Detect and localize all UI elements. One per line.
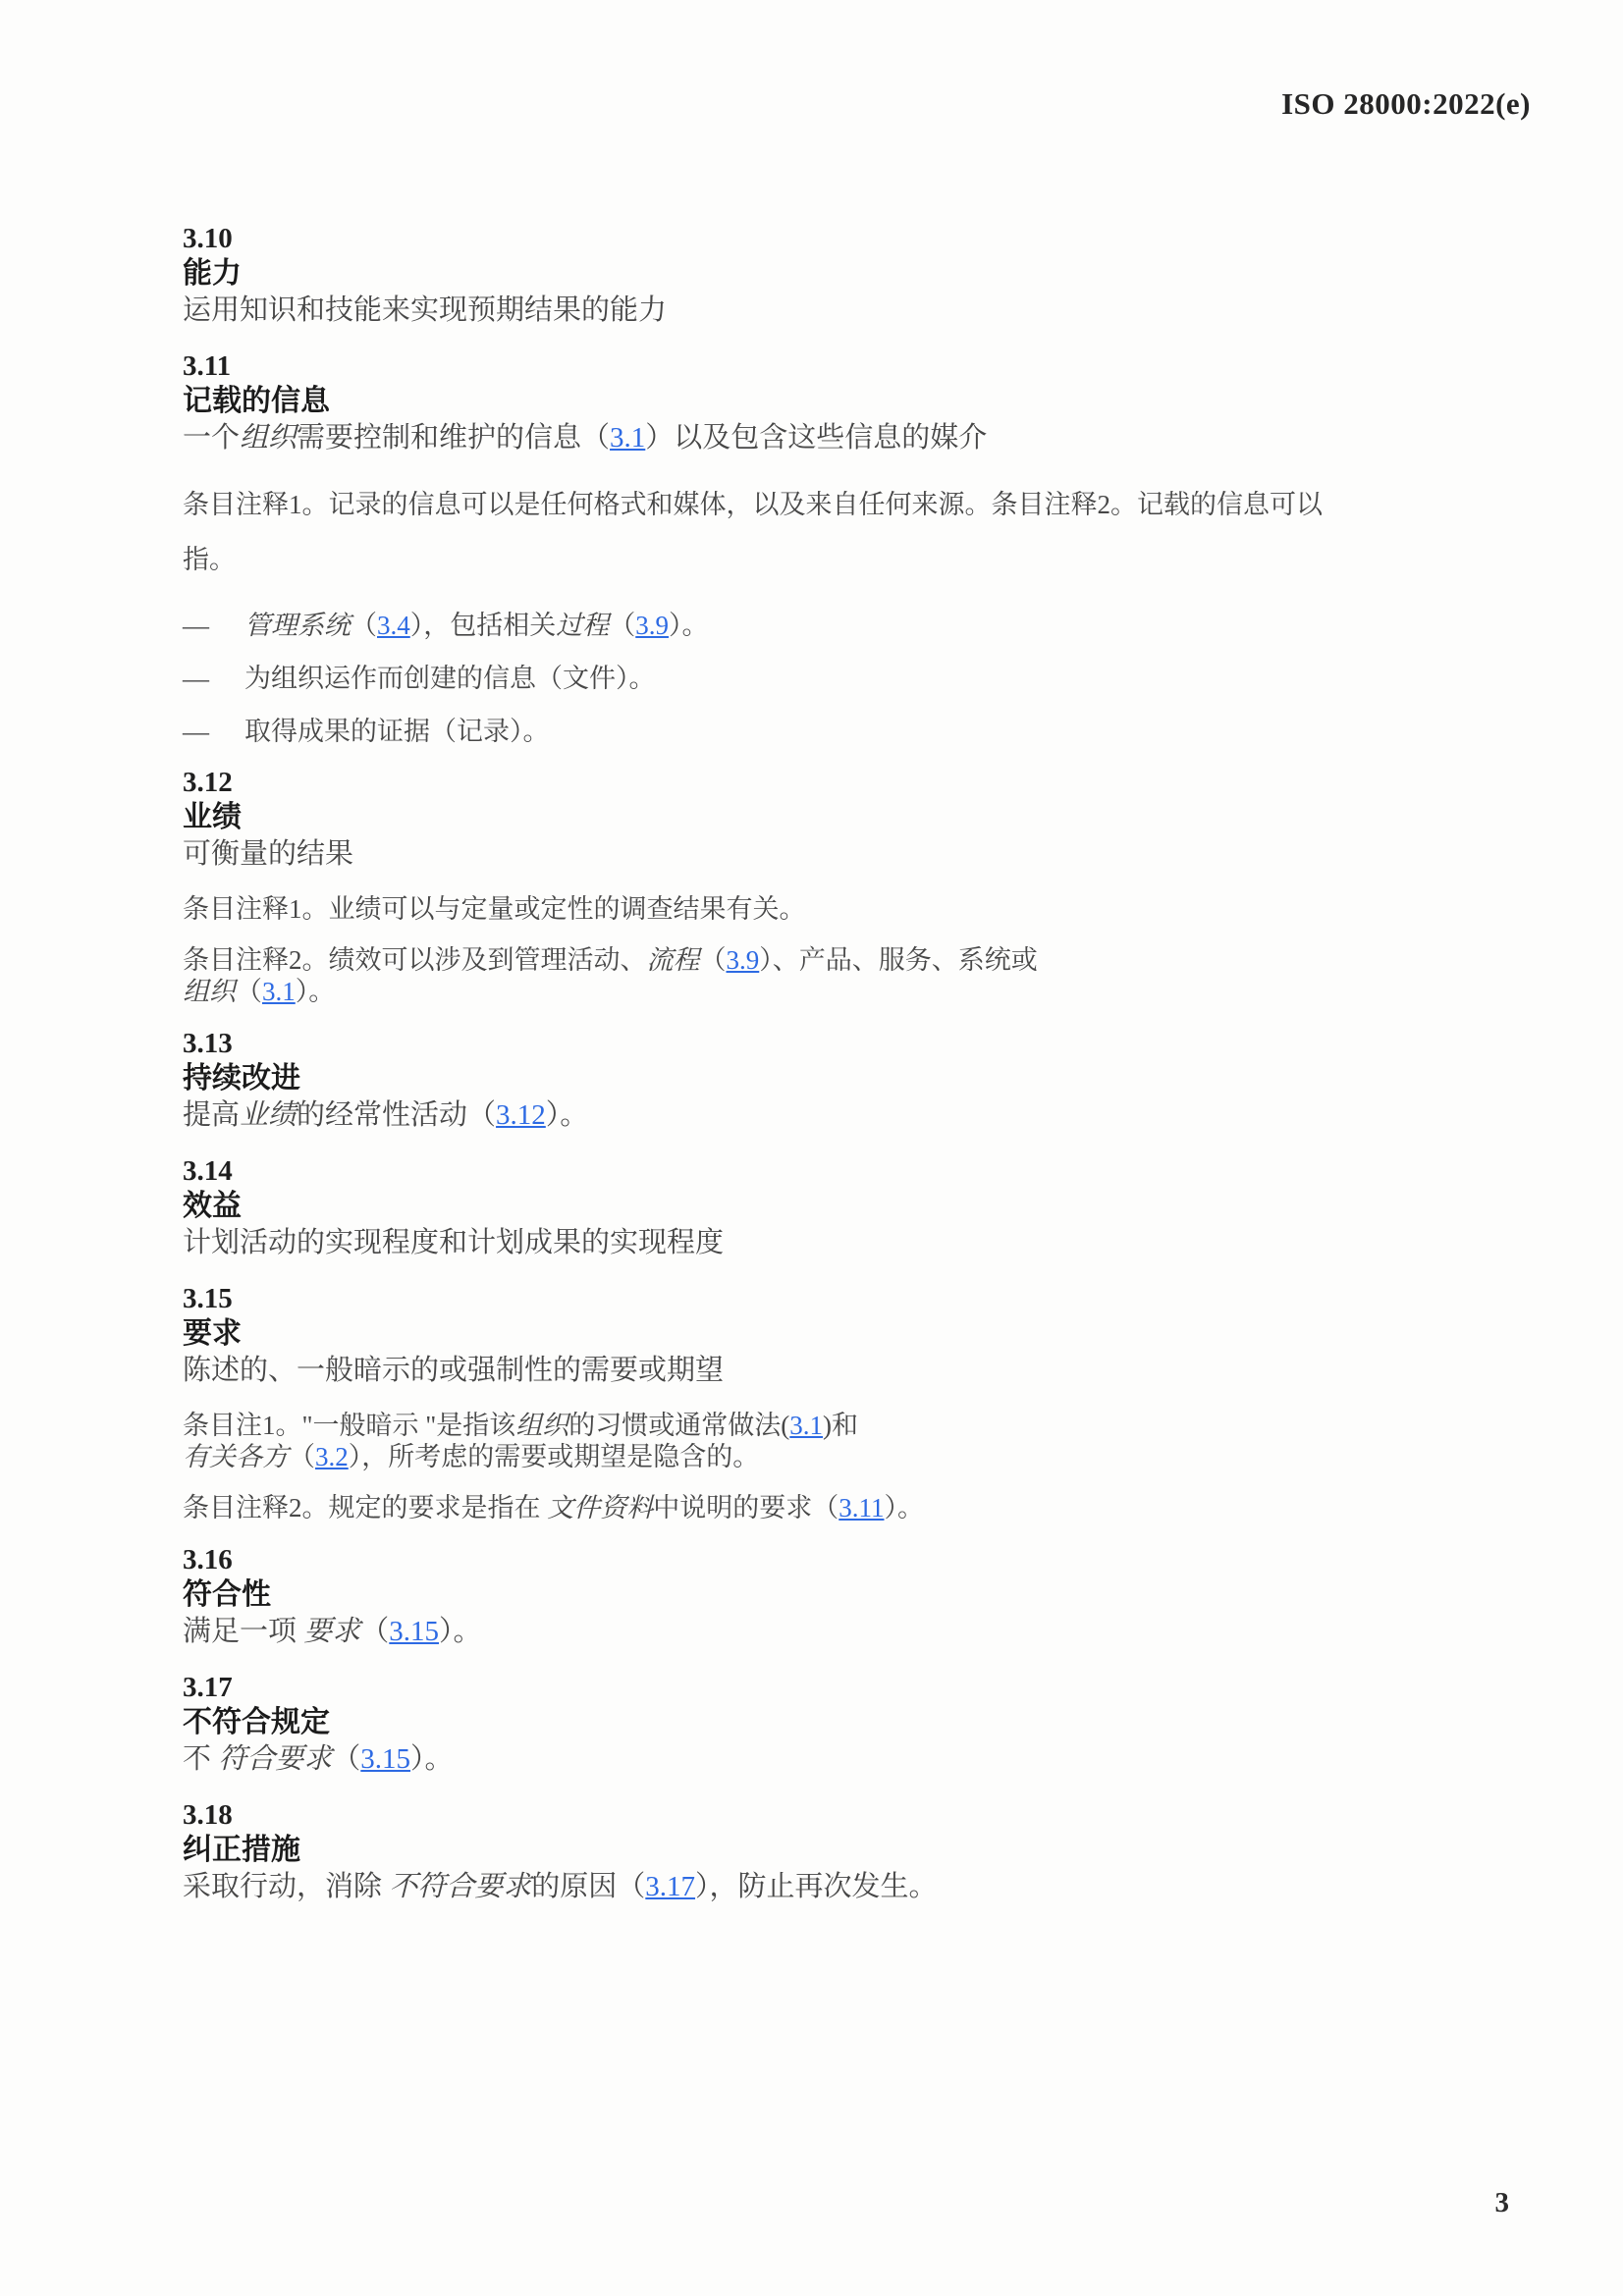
note-paragraph: 条目注释2。绩效可以涉及到管理活动、流程（3.9）、产品、服务、系统或组织（3.… (183, 944, 1412, 1007)
definition-text: 一个组织需要控制和维护的信息（3.1）以及包含这些信息的媒介 (183, 419, 1412, 457)
cross-reference-link[interactable]: 3.1 (789, 1411, 823, 1440)
section-number: 3.14 (183, 1154, 1412, 1188)
text-run: 不 (183, 1743, 218, 1775)
note-text: 为组织运作而创建的信息（文件）。 (244, 664, 1412, 693)
term-section: 3.13持续改进提高业绩的经常性活动（3.12）。 (183, 1027, 1412, 1135)
definition-text: 采取行动，消除 不符合要求的原因（3.17），防止再次发生。 (183, 1868, 1412, 1906)
text-run: （ (609, 611, 635, 640)
text-run: （ (360, 1616, 389, 1647)
term-title: 要求 (183, 1315, 1412, 1352)
cross-reference-link[interactable]: 3.12 (496, 1099, 546, 1131)
text-run: （ (351, 611, 377, 640)
cross-reference-link[interactable]: 3.4 (377, 611, 410, 640)
cross-reference-link[interactable]: 3.17 (645, 1871, 695, 1902)
text-run: ）以及包含这些信息的媒介 (645, 422, 987, 454)
section-number: 3.11 (183, 349, 1412, 383)
text-run: 计划活动的实现程度和计划成果的实现程度 (183, 1227, 724, 1258)
text-run: 可衡量的结果 (183, 838, 353, 870)
text-run: 不符合要求 (389, 1871, 531, 1902)
text-run: 管理系统 (244, 611, 351, 640)
definition-text: 提高业绩的经常性活动（3.12）。 (183, 1096, 1412, 1135)
text-run: ），包括相关 (410, 611, 557, 640)
note-text: 条目注释2。规定的要求是指在 文件资料中说明的要求（3.11）。 (183, 1492, 1412, 1523)
text-run: ）、产品、服务、系统或 (759, 945, 1038, 975)
text-run: 运用知识和技能来实现预期结果的能力 (183, 294, 667, 326)
section-number: 3.15 (183, 1282, 1412, 1315)
term-title: 符合性 (183, 1576, 1412, 1613)
text-run: 符合要求 (218, 1743, 332, 1775)
cross-reference-link[interactable]: 3.15 (360, 1743, 410, 1775)
definition-text: 满足一项 要求（3.15）。 (183, 1613, 1412, 1651)
cross-reference-link[interactable]: 3.1 (610, 422, 645, 454)
term-title: 不符合规定 (183, 1704, 1412, 1740)
definition-text: 可衡量的结果 (183, 835, 1412, 874)
term-section: 3.16符合性满足一项 要求（3.15）。 (183, 1543, 1412, 1651)
definition-text: 陈述的、一般暗示的或强制性的需要或期望 (183, 1352, 1412, 1390)
term-section: 3.14效益计划活动的实现程度和计划成果的实现程度 (183, 1154, 1412, 1262)
text-run: 过程 (556, 611, 609, 640)
text-run: 为组织运作而创建的信息（文件）。 (244, 664, 656, 693)
note-text: 取得成果的证据（记录）。 (244, 717, 1412, 746)
text-run: 条目注释1。记录的信息可以是任何格式和媒体，以及来自任何来源。条目注释2。记载的… (183, 490, 1323, 519)
term-section: 3.12业绩可衡量的结果 (183, 766, 1412, 874)
text-run: （ (236, 977, 262, 1006)
definition-text: 运用知识和技能来实现预期结果的能力 (183, 292, 1412, 330)
text-run: ）。 (546, 1099, 589, 1131)
term-title: 纠正措施 (183, 1832, 1412, 1868)
text-run: 的习惯或通常做法( (568, 1411, 789, 1440)
term-title: 记载的信息 (183, 383, 1412, 419)
note-paragraph: 条目注1。"一般暗示 "是指该组织的习惯或通常做法(3.1)和有关各方（3.2）… (183, 1410, 1412, 1472)
text-run: ），所考虑的需要或期望是隐含的。 (349, 1442, 760, 1471)
text-run: 有关各方 (183, 1442, 289, 1471)
text-run: ）。 (885, 1493, 925, 1522)
term-title: 持续改进 (183, 1060, 1412, 1096)
term-title: 能力 (183, 255, 1412, 292)
term-section: 3.11记载的信息一个组织需要控制和维护的信息（3.1）以及包含这些信息的媒介 (183, 349, 1412, 457)
section-number: 3.12 (183, 766, 1412, 799)
page-number: 3 (1495, 2187, 1510, 2219)
note-text: 条目注释1。记录的信息可以是任何格式和媒体，以及来自任何来源。条目注释2。记载的… (183, 477, 1412, 587)
section-number: 3.16 (183, 1543, 1412, 1576)
text-run: ）。 (439, 1616, 482, 1647)
text-run: 业绩 (240, 1099, 297, 1131)
cross-reference-link[interactable]: 3.1 (262, 977, 296, 1006)
text-run: 条目注释1。业绩可以与定量或定性的调查结果有关。 (183, 894, 806, 924)
dash-bullet: — (183, 664, 244, 693)
term-title: 效益 (183, 1188, 1412, 1224)
note-text: 条目注1。"一般暗示 "是指该组织的习惯或通常做法(3.1)和有关各方（3.2）… (183, 1410, 1412, 1472)
definition-text: 计划活动的实现程度和计划成果的实现程度 (183, 1224, 1412, 1262)
dash-bullet: — (183, 611, 244, 640)
text-run: 满足一项 (183, 1616, 303, 1647)
term-section: 3.15要求陈述的、一般暗示的或强制性的需要或期望 (183, 1282, 1412, 1390)
text-run: 条目注释2。绩效可以涉及到管理活动、 (183, 945, 647, 975)
text-run: 一个 (183, 422, 240, 454)
text-run: 采取行动，消除 (183, 1871, 389, 1902)
dash-bullet: — (183, 717, 244, 746)
text-run: 条目注释2。规定的要求是指在 (183, 1493, 547, 1522)
dash-item: —取得成果的证据（记录）。 (183, 717, 1412, 746)
note-paragraph: 条目注释1。记录的信息可以是任何格式和媒体，以及来自任何来源。条目注释2。记载的… (183, 477, 1412, 587)
text-run: （ (289, 1442, 315, 1471)
text-run: 取得成果的证据（记录）。 (244, 717, 550, 746)
dash-item: —为组织运作而创建的信息（文件）。 (183, 664, 1412, 693)
section-number: 3.18 (183, 1798, 1412, 1832)
text-run: 条目注1。"一般暗示 "是指该 (183, 1411, 515, 1440)
text-run: （ (700, 945, 727, 975)
text-run: （ (332, 1743, 360, 1775)
section-number: 3.10 (183, 222, 1412, 255)
text-run: 提高 (183, 1099, 240, 1131)
text-run: 的原因（ (531, 1871, 645, 1902)
text-run: 组织 (183, 977, 236, 1006)
text-run: 文件资料 (547, 1493, 653, 1522)
term-section: 3.18纠正措施采取行动，消除 不符合要求的原因（3.17），防止再次发生。 (183, 1798, 1412, 1906)
cross-reference-link[interactable]: 3.9 (635, 611, 669, 640)
cross-reference-link[interactable]: 3.2 (315, 1442, 349, 1471)
text-run: ）。 (296, 977, 336, 1006)
text-run: 需要控制和维护的信息（ (297, 422, 610, 454)
text-run: 流程 (647, 945, 700, 975)
cross-reference-link[interactable]: 3.9 (727, 945, 760, 975)
text-run: 的经常性活动（ (297, 1099, 496, 1131)
document-header: ISO 28000:2022(e) (1281, 86, 1531, 122)
cross-reference-link[interactable]: 3.15 (389, 1616, 439, 1647)
text-run: )和 (823, 1411, 858, 1440)
text-run: ）。 (669, 611, 709, 640)
note-text: 条目注释1。业绩可以与定量或定性的调查结果有关。 (183, 893, 1412, 925)
note-text: 管理系统（3.4），包括相关过程（3.9）。 (244, 611, 1412, 640)
term-section: 3.10能力运用知识和技能来实现预期结果的能力 (183, 222, 1412, 330)
text-run: 组织 (515, 1411, 568, 1440)
dash-item: —管理系统（3.4），包括相关过程（3.9）。 (183, 611, 1412, 640)
term-section: 3.17不符合规定不 符合要求（3.15）。 (183, 1671, 1412, 1779)
note-paragraph: 条目注释1。业绩可以与定量或定性的调查结果有关。 (183, 893, 1412, 925)
text-run: ）。 (410, 1743, 454, 1775)
text-run: ），防止再次发生。 (695, 1871, 938, 1902)
text-run: 要求 (303, 1616, 360, 1647)
section-number: 3.13 (183, 1027, 1412, 1060)
cross-reference-link[interactable]: 3.11 (839, 1493, 884, 1522)
text-run: 组织 (240, 422, 297, 454)
text-run: 指。 (183, 545, 236, 574)
terms-content: 3.10能力运用知识和技能来实现预期结果的能力3.11记载的信息一个组织需要控制… (183, 222, 1412, 1906)
document-page: ISO 28000:2022(e) 3.10能力运用知识和技能来实现预期结果的能… (0, 0, 1623, 2296)
note-text: 条目注释2。绩效可以涉及到管理活动、流程（3.9）、产品、服务、系统或组织（3.… (183, 944, 1412, 1007)
definition-text: 不 符合要求（3.15）。 (183, 1740, 1412, 1779)
term-title: 业绩 (183, 799, 1412, 835)
text-run: 陈述的、一般暗示的或强制性的需要或期望 (183, 1355, 724, 1386)
note-paragraph: 条目注释2。规定的要求是指在 文件资料中说明的要求（3.11）。 (183, 1492, 1412, 1523)
text-run: 中说明的要求（ (653, 1493, 839, 1522)
section-number: 3.17 (183, 1671, 1412, 1704)
